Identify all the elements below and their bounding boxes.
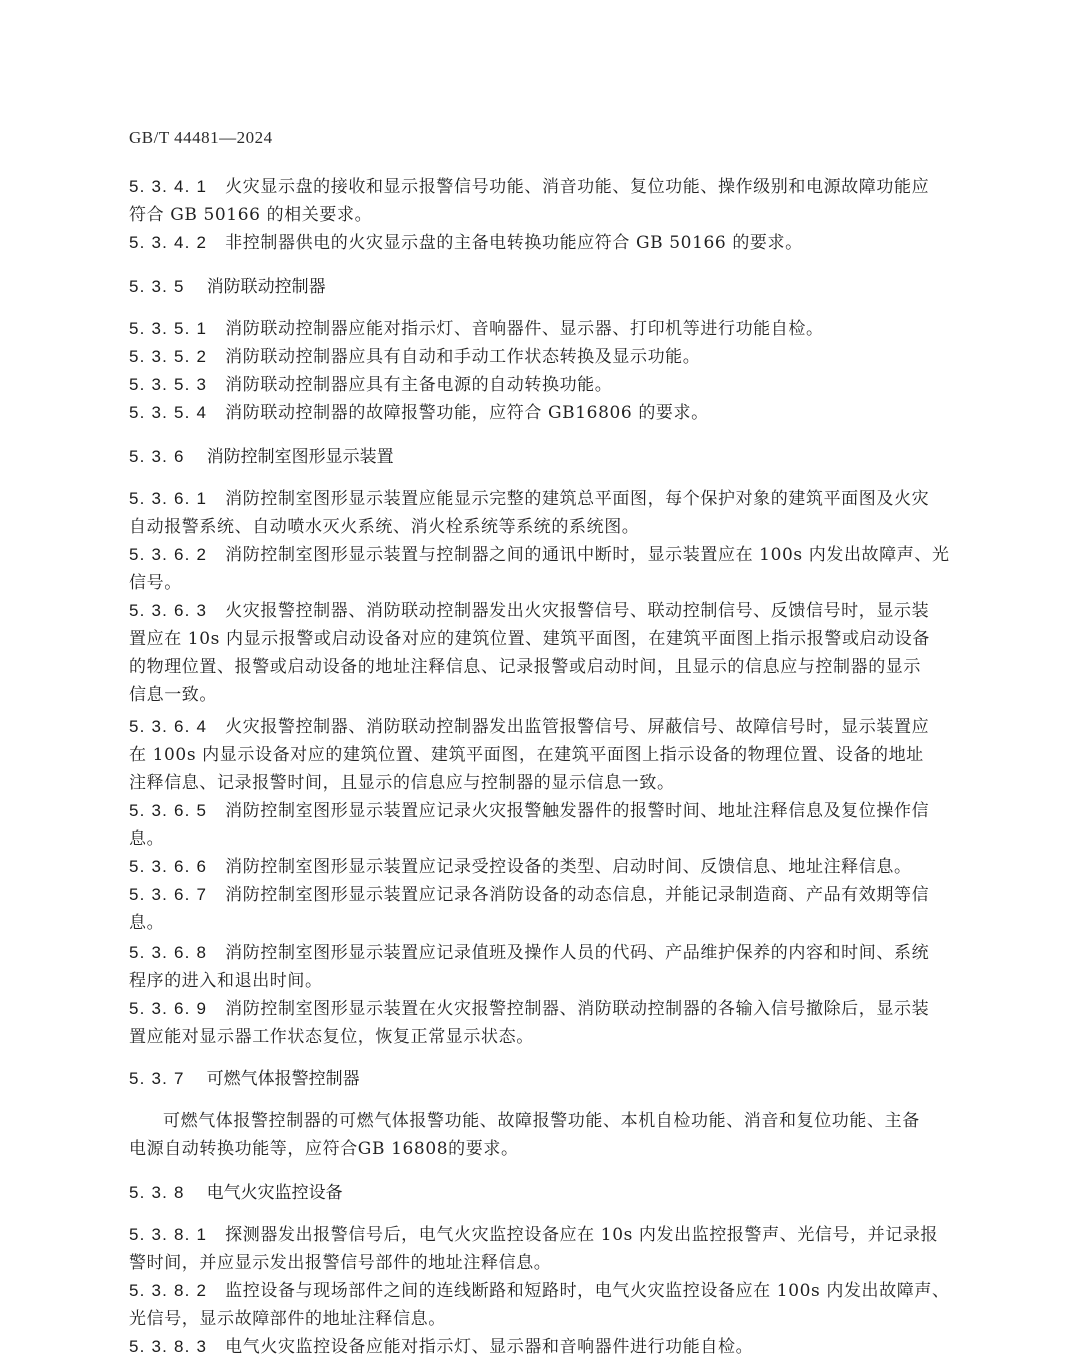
clause-5-3-6-4-cont-1: 在 100s 内显示设备对应的建筑位置、建筑平面图，在建筑平面图上指示设备的物理… (129, 742, 979, 768)
clause-text: 消防联动控制器的故障报警功能，应符合 GB16806 的要求。 (225, 403, 709, 423)
clause-number: 5. 3. 8. 2 (129, 1278, 207, 1304)
clause-number: 5. 3. 8. 3 (129, 1334, 207, 1360)
clause-5-3-6-1: 5. 3. 6. 1消防控制室图形显示装置应能显示完整的建筑总平面图，每个保护对… (129, 486, 979, 512)
paragraph-5-3-7: 可燃气体报警控制器的可燃气体报警功能、故障报警功能、本机自检功能、消音和复位功能… (163, 1108, 1013, 1134)
clause-number: 5. 3. 8. 1 (129, 1222, 207, 1248)
clause-5-3-6-4: 5. 3. 6. 4火灾报警控制器、消防联动控制器发出监管报警信号、屏蔽信号、故… (129, 714, 979, 740)
clause-5-3-5-2: 5. 3. 5. 2消防联动控制器应具有自动和手动工作状态转换及显示功能。 (129, 344, 979, 370)
section-number: 5. 3. 8 (129, 1180, 185, 1206)
clause-text: 消防控制室图形显示装置应能显示完整的建筑总平面图，每个保护对象的建筑平面图及火灾 (225, 489, 929, 509)
document-page: GB/T 44481—2024 5. 3. 4. 1火灾显示盘的接收和显示报警信… (0, 0, 1080, 1369)
section-title: 消防联动控制器 (207, 277, 326, 297)
clause-5-3-6-5-cont: 息。 (129, 826, 979, 852)
clause-5-3-6-7-cont: 息。 (129, 910, 979, 936)
clause-5-3-6-5: 5. 3. 6. 5消防控制室图形显示装置应记录火灾报警触发器件的报警时间、地址… (129, 798, 979, 824)
clause-5-3-6-3: 5. 3. 6. 3火灾报警控制器、消防联动控制器发出火灾报警信号、联动控制信号… (129, 598, 979, 624)
clause-text: 火灾报警控制器、消防联动控制器发出监管报警信号、屏蔽信号、故障信号时，显示装置应 (225, 717, 929, 737)
clause-5-3-4-1: 5. 3. 4. 1火灾显示盘的接收和显示报警信号功能、消音功能、复位功能、操作… (129, 174, 979, 200)
clause-number: 5. 3. 4. 2 (129, 230, 207, 256)
clause-5-3-4-1-cont: 符合 GB 50166 的相关要求。 (129, 202, 979, 228)
clause-5-3-5-1: 5. 3. 5. 1消防联动控制器应能对指示灯、音响器件、显示器、打印机等进行功… (129, 316, 979, 342)
section-title: 电气火灾监控设备 (207, 1183, 343, 1203)
clause-number: 5. 3. 6. 9 (129, 996, 207, 1022)
clause-text: 消防控制室图形显示装置应记录各消防设备的动态信息，并能记录制造商、产品有效期等信 (225, 885, 929, 905)
clause-5-3-6-8: 5. 3. 6. 8消防控制室图形显示装置应记录值班及操作人员的代码、产品维护保… (129, 940, 979, 966)
clause-5-3-8-2-cont: 光信号，显示故障部件的地址注释信息。 (129, 1306, 979, 1332)
clause-text: 消防控制室图形显示装置应记录受控设备的类型、启动时间、反馈信息、地址注释信息。 (225, 857, 911, 877)
clause-text: 探测器发出报警信号后，电气火灾监控设备应在 10s 内发出监控报警声、光信号，并… (225, 1225, 938, 1245)
section-number: 5. 3. 6 (129, 444, 185, 470)
paragraph-5-3-7-cont: 电源自动转换功能等，应符合GB 16808的要求。 (129, 1136, 979, 1162)
section-number: 5. 3. 5 (129, 274, 185, 300)
standard-id-header: GB/T 44481—2024 (129, 128, 273, 148)
clause-5-3-6-3-cont-2: 的物理位置、报警或启动设备的地址注释信息、记录报警或启动时间，且显示的信息应与控… (129, 654, 979, 680)
clause-number: 5. 3. 5. 4 (129, 400, 207, 426)
clause-text: 消防控制室图形显示装置应记录火灾报警触发器件的报警时间、地址注释信息及复位操作信 (225, 801, 929, 821)
clause-number: 5. 3. 6. 8 (129, 940, 207, 966)
clause-5-3-6-9: 5. 3. 6. 9消防控制室图形显示装置在火灾报警控制器、消防联动控制器的各输… (129, 996, 979, 1022)
clause-5-3-6-3-cont-3: 信息一致。 (129, 682, 979, 708)
clause-number: 5. 3. 6. 3 (129, 598, 207, 624)
clause-5-3-6-2-cont: 信号。 (129, 570, 979, 596)
clause-text: 火灾显示盘的接收和显示报警信号功能、消音功能、复位功能、操作级别和电源故障功能应 (225, 177, 929, 197)
clause-5-3-5-4: 5. 3. 5. 4消防联动控制器的故障报警功能，应符合 GB16806 的要求… (129, 400, 979, 426)
clause-5-3-5-3: 5. 3. 5. 3消防联动控制器应具有主备电源的自动转换功能。 (129, 372, 979, 398)
clause-text: 消防控制室图形显示装置应记录值班及操作人员的代码、产品维护保养的内容和时间、系统 (225, 943, 929, 963)
clause-text: 非控制器供电的火灾显示盘的主备电转换功能应符合 GB 50166 的要求。 (225, 233, 803, 253)
clause-5-3-4-2: 5. 3. 4. 2非控制器供电的火灾显示盘的主备电转换功能应符合 GB 501… (129, 230, 979, 256)
clause-number: 5. 3. 6. 7 (129, 882, 207, 908)
clause-5-3-8-3: 5. 3. 8. 3电气火灾监控设备应能对指示灯、显示器和音响器件进行功能自检。 (129, 1334, 979, 1360)
section-heading-5-3-6: 5. 3. 6消防控制室图形显示装置 (129, 444, 394, 470)
clause-number: 5. 3. 6. 2 (129, 542, 207, 568)
section-title: 消防控制室图形显示装置 (207, 447, 394, 467)
clause-text: 消防控制室图形显示装置在火灾报警控制器、消防联动控制器的各输入信号撤除后，显示装 (225, 999, 929, 1019)
clause-number: 5. 3. 5. 1 (129, 316, 207, 342)
clause-number: 5. 3. 4. 1 (129, 174, 207, 200)
clause-5-3-6-7: 5. 3. 6. 7消防控制室图形显示装置应记录各消防设备的动态信息，并能记录制… (129, 882, 979, 908)
clause-number: 5. 3. 5. 3 (129, 372, 207, 398)
clause-5-3-8-1-cont: 警时间，并应显示发出报警信号部件的地址注释信息。 (129, 1250, 979, 1276)
section-heading-5-3-5: 5. 3. 5消防联动控制器 (129, 274, 326, 300)
clause-5-3-6-1-cont: 自动报警系统、自动喷水灭火系统、消火栓系统等系统的系统图。 (129, 514, 979, 540)
clause-5-3-8-1: 5. 3. 8. 1探测器发出报警信号后，电气火灾监控设备应在 10s 内发出监… (129, 1222, 979, 1248)
clause-number: 5. 3. 5. 2 (129, 344, 207, 370)
clause-text: 消防联动控制器应具有主备电源的自动转换功能。 (225, 375, 612, 395)
clause-5-3-6-6: 5. 3. 6. 6消防控制室图形显示装置应记录受控设备的类型、启动时间、反馈信… (129, 854, 979, 880)
clause-5-3-6-2: 5. 3. 6. 2消防控制室图形显示装置与控制器之间的通讯中断时，显示装置应在… (129, 542, 979, 568)
section-heading-5-3-8: 5. 3. 8电气火灾监控设备 (129, 1180, 343, 1206)
clause-text: 消防控制室图形显示装置与控制器之间的通讯中断时，显示装置应在 100s 内发出故… (225, 545, 949, 565)
clause-5-3-8-2: 5. 3. 8. 2监控设备与现场部件之间的连线断路和短路时，电气火灾监控设备应… (129, 1278, 979, 1304)
clause-5-3-6-9-cont: 置应能对显示器工作状态复位，恢复正常显示状态。 (129, 1024, 979, 1050)
clause-text: 消防联动控制器应具有自动和手动工作状态转换及显示功能。 (225, 347, 700, 367)
clause-number: 5. 3. 6. 5 (129, 798, 207, 824)
section-heading-5-3-7: 5. 3. 7可燃气体报警控制器 (129, 1066, 360, 1092)
section-title: 可燃气体报警控制器 (207, 1069, 360, 1089)
clause-text: 电气火灾监控设备应能对指示灯、显示器和音响器件进行功能自检。 (225, 1337, 753, 1357)
clause-5-3-6-3-cont-1: 置应在 10s 内显示报警或启动设备对应的建筑位置、建筑平面图，在建筑平面图上指… (129, 626, 979, 652)
clause-text: 消防联动控制器应能对指示灯、音响器件、显示器、打印机等进行功能自检。 (225, 319, 823, 339)
clause-text: 火灾报警控制器、消防联动控制器发出火灾报警信号、联动控制信号、反馈信号时，显示装 (225, 601, 929, 621)
clause-number: 5. 3. 6. 6 (129, 854, 207, 880)
clause-text: 监控设备与现场部件之间的连线断路和短路时，电气火灾监控设备应在 100s 内发出… (225, 1281, 949, 1301)
clause-5-3-6-4-cont-2: 注释信息、记录报警时间，且显示的信息应与控制器的显示信息一致。 (129, 770, 979, 796)
clause-number: 5. 3. 6. 4 (129, 714, 207, 740)
clause-5-3-6-8-cont: 程序的进入和退出时间。 (129, 968, 979, 994)
section-number: 5. 3. 7 (129, 1066, 185, 1092)
clause-number: 5. 3. 6. 1 (129, 486, 207, 512)
